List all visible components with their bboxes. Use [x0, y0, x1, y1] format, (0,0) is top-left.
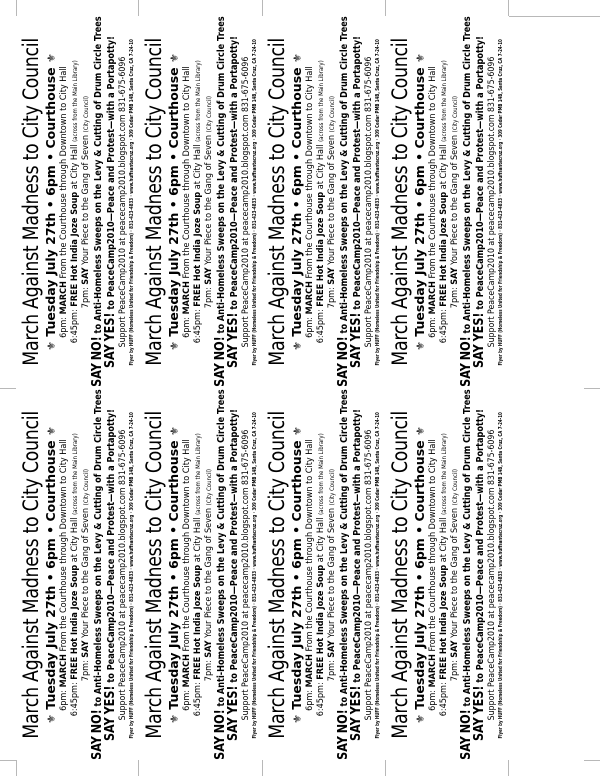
schedule-item: 6pm: MARCH From the Courthouse through D…	[428, 439, 439, 711]
flyer: March Against Madness to City Council ⚜ …	[16, 395, 139, 755]
fleur-de-lis-icon: ⚜	[168, 53, 181, 63]
schedule-item: 6:45pm: FREE Hot India Joze Soup at City…	[439, 434, 450, 717]
schedule-item: 6:45pm: FREE Hot India Joze Soup at City…	[70, 434, 81, 717]
say-yes-line: SAY YES! to PeaceCamp2010—Peace and Prot…	[228, 409, 241, 741]
say-yes-line: SAY YES! to PeaceCamp2010—Peace and Prot…	[228, 36, 241, 368]
schedule-item: 6pm: MARCH From the Courthouse through D…	[428, 66, 439, 338]
fine-print: Flyer by HUFF (Homeless United for Frien…	[497, 39, 506, 365]
crop-mark	[508, 0, 509, 16]
fine-print: Flyer by HUFF (Homeless United for Frien…	[497, 412, 506, 738]
support-line: Support PeaceCamp2010 at peacecamp2010.b…	[118, 57, 128, 348]
flyer: March Against Madness to City Council ⚜ …	[385, 395, 508, 755]
schedule-item: 6pm: MARCH From the Courthouse through D…	[59, 66, 70, 338]
flyer-content: March Against Madness to City Council ⚜ …	[19, 32, 137, 372]
flyer-content: March Against Madness to City Council ⚜ …	[19, 405, 137, 745]
flyer: March Against Madness to City Council ⚜ …	[262, 395, 385, 755]
schedule-item: 6:45pm: FREE Hot India Joze Soup at City…	[439, 61, 450, 344]
flyer-content: March Against Madness to City Council ⚜ …	[265, 32, 383, 372]
fleur-de-lis-icon: ⚜	[291, 53, 304, 63]
crop-mark	[262, 0, 263, 16]
fleur-de-lis-icon: ⚜	[45, 341, 58, 351]
schedule-item: 6pm: MARCH From the Courthouse through D…	[305, 439, 316, 711]
crop-mark	[509, 16, 600, 17]
crop-mark	[138, 760, 139, 776]
crop-mark	[16, 0, 17, 16]
flyer: March Against Madness to City Council ⚜ …	[385, 22, 508, 382]
say-yes-line: SAY YES! to PeaceCamp2010—Peace and Prot…	[474, 36, 487, 368]
fleur-de-lis-icon: ⚜	[168, 341, 181, 351]
fleur-de-lis-icon: ⚜	[291, 714, 304, 724]
crop-mark	[16, 760, 17, 776]
crop-mark	[0, 388, 16, 389]
fleur-de-lis-icon: ⚜	[414, 53, 427, 63]
fleur-de-lis-icon: ⚜	[45, 714, 58, 724]
say-yes-line: SAY YES! to PeaceCamp2010—Peace and Prot…	[474, 409, 487, 741]
flyer-title: March Against Madness to City Council	[19, 38, 43, 366]
schedule-item: 6pm: MARCH From the Courthouse through D…	[305, 66, 316, 338]
support-line: Support PeaceCamp2010 at peacecamp2010.b…	[364, 430, 374, 721]
flyer-title: March Against Madness to City Council	[19, 411, 43, 739]
schedule-item: 7pm: SAY Your Piece to the Gang of Seven…	[204, 96, 215, 308]
schedule-item: 6pm: MARCH From the Courthouse through D…	[182, 439, 193, 711]
schedule-item: 6:45pm: FREE Hot India Joze Soup at City…	[193, 61, 204, 344]
date-line: ⚜ Tuesday July 27th • 6pm • Courthouse ⚜	[289, 53, 305, 351]
fine-print: Flyer by HUFF (Homeless United for Frien…	[251, 39, 260, 365]
crop-mark	[138, 0, 139, 16]
flyer: March Against Madness to City Council ⚜ …	[16, 22, 139, 382]
date-line: ⚜ Tuesday July 27th • 6pm • Courthouse ⚜	[412, 426, 428, 724]
fine-print: Flyer by HUFF (Homeless United for Frien…	[374, 412, 383, 738]
fine-print: Flyer by HUFF (Homeless United for Frien…	[128, 39, 137, 365]
support-line: Support PeaceCamp2010 at peacecamp2010.b…	[487, 57, 497, 348]
say-yes-line: SAY YES! to PeaceCamp2010—Peace and Prot…	[351, 36, 364, 368]
crop-mark	[584, 760, 600, 761]
flyer-title: March Against Madness to City Council	[265, 411, 289, 739]
flyer-title: March Against Madness to City Council	[265, 38, 289, 366]
fleur-de-lis-icon: ⚜	[291, 426, 304, 436]
schedule-item: 7pm: SAY Your Piece to the Gang of Seven…	[327, 96, 338, 308]
support-line: Support PeaceCamp2010 at peacecamp2010.b…	[487, 430, 497, 721]
flyer-content: March Against Madness to City Council ⚜ …	[265, 405, 383, 745]
support-line: Support PeaceCamp2010 at peacecamp2010.b…	[118, 430, 128, 721]
schedule-item: 7pm: SAY Your Piece to the Gang of Seven…	[327, 469, 338, 681]
crop-mark	[0, 760, 16, 761]
fleur-de-lis-icon: ⚜	[168, 426, 181, 436]
say-yes-line: SAY YES! to PeaceCamp2010—Peace and Prot…	[105, 409, 118, 741]
flyer-content: March Against Madness to City Council ⚜ …	[388, 405, 506, 745]
schedule-item: 6:45pm: FREE Hot India Joze Soup at City…	[70, 61, 81, 344]
flyer-title: March Against Madness to City Council	[388, 38, 412, 366]
schedule-item: 7pm: SAY Your Piece to the Gang of Seven…	[204, 469, 215, 681]
flyer-title: March Against Madness to City Council	[142, 38, 166, 366]
crop-mark	[385, 0, 386, 16]
date-line: ⚜ Tuesday July 27th • 6pm • Courthouse ⚜	[43, 53, 59, 351]
date-line: ⚜ Tuesday July 27th • 6pm • Courthouse ⚜	[166, 426, 182, 724]
fleur-de-lis-icon: ⚜	[291, 341, 304, 351]
fleur-de-lis-icon: ⚜	[414, 714, 427, 724]
schedule-item: 6:45pm: FREE Hot India Joze Soup at City…	[316, 434, 327, 717]
date-line: ⚜ Tuesday July 27th • 6pm • Courthouse ⚜	[289, 426, 305, 724]
flyer: March Against Madness to City Council ⚜ …	[139, 22, 262, 382]
say-yes-line: SAY YES! to PeaceCamp2010—Peace and Prot…	[105, 36, 118, 368]
schedule-item: 6pm: MARCH From the Courthouse through D…	[59, 439, 70, 711]
fine-print: Flyer by HUFF (Homeless United for Frien…	[128, 412, 137, 738]
support-line: Support PeaceCamp2010 at peacecamp2010.b…	[241, 430, 251, 721]
flyer-content: March Against Madness to City Council ⚜ …	[142, 405, 260, 745]
flyer: March Against Madness to City Council ⚜ …	[139, 395, 262, 755]
schedule-item: 7pm: SAY Your Piece to the Gang of Seven…	[450, 469, 461, 681]
schedule-item: 7pm: SAY Your Piece to the Gang of Seven…	[81, 96, 92, 308]
flyer-title: March Against Madness to City Council	[142, 411, 166, 739]
flyer-content: March Against Madness to City Council ⚜ …	[388, 32, 506, 372]
crop-mark	[385, 760, 386, 776]
fleur-de-lis-icon: ⚜	[45, 53, 58, 63]
schedule-item: 6:45pm: FREE Hot India Joze Soup at City…	[193, 434, 204, 717]
crop-mark	[262, 760, 263, 776]
crop-mark	[584, 388, 600, 389]
date-line: ⚜ Tuesday July 27th • 6pm • Courthouse ⚜	[412, 53, 428, 351]
date-line: ⚜ Tuesday July 27th • 6pm • Courthouse ⚜	[43, 426, 59, 724]
flyer-content: March Against Madness to City Council ⚜ …	[142, 32, 260, 372]
flyer-title: March Against Madness to City Council	[388, 411, 412, 739]
support-line: Support PeaceCamp2010 at peacecamp2010.b…	[364, 57, 374, 348]
fine-print: Flyer by HUFF (Homeless United for Frien…	[374, 39, 383, 365]
fleur-de-lis-icon: ⚜	[414, 426, 427, 436]
schedule-item: 6:45pm: FREE Hot India Joze Soup at City…	[316, 61, 327, 344]
schedule-item: 7pm: SAY Your Piece to the Gang of Seven…	[81, 469, 92, 681]
flyer: March Against Madness to City Council ⚜ …	[262, 22, 385, 382]
support-line: Support PeaceCamp2010 at peacecamp2010.b…	[241, 57, 251, 348]
crop-mark	[508, 760, 509, 776]
schedule-item: 6pm: MARCH From the Courthouse through D…	[182, 66, 193, 338]
fleur-de-lis-icon: ⚜	[414, 341, 427, 351]
fine-print: Flyer by HUFF (Homeless United for Frien…	[251, 412, 260, 738]
fleur-de-lis-icon: ⚜	[45, 426, 58, 436]
say-yes-line: SAY YES! to PeaceCamp2010—Peace and Prot…	[351, 409, 364, 741]
schedule-item: 7pm: SAY Your Piece to the Gang of Seven…	[450, 96, 461, 308]
fleur-de-lis-icon: ⚜	[168, 714, 181, 724]
date-line: ⚜ Tuesday July 27th • 6pm • Courthouse ⚜	[166, 53, 182, 351]
